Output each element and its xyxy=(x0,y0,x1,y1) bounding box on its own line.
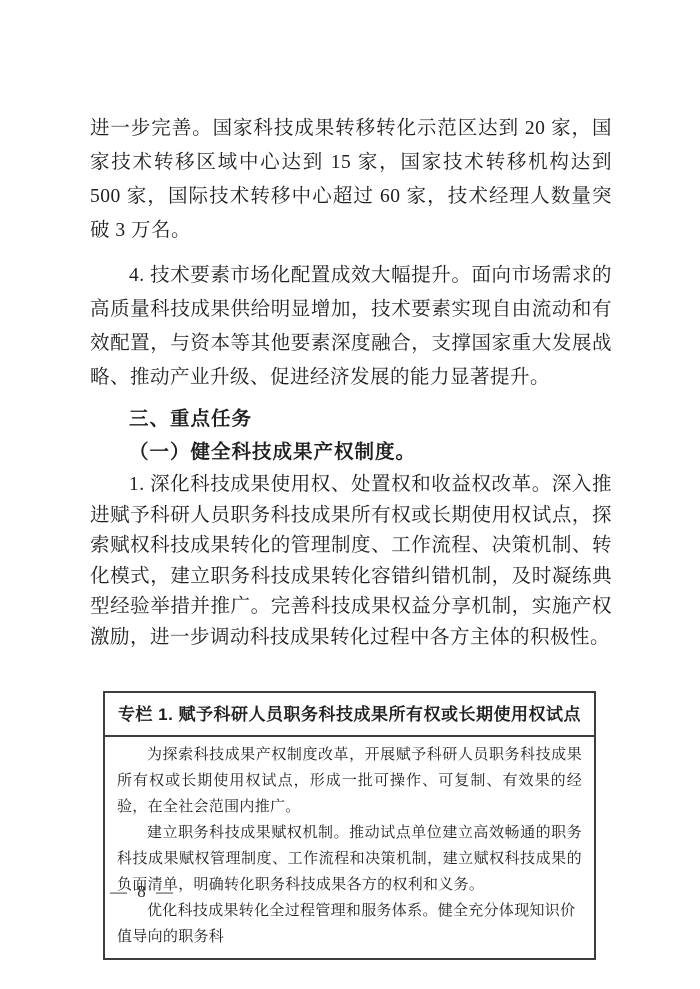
callout-paragraph: 优化科技成果转化全过程管理和服务体系。健全充分体现知识价值导向的职务科 xyxy=(117,898,582,950)
subsection-heading: （一）健全科技成果产权制度。 xyxy=(90,436,612,470)
document-body: 进一步完善。国家科技成果转移转化示范区达到 20 家，国家技术转移区域中心达到 … xyxy=(0,0,700,960)
callout-box-title: 专栏 1. 赋予科研人员职务科技成果所有权或长期使用权试点 xyxy=(105,693,594,737)
paragraph-item-1: 1. 深化科技成果使用权、处置权和收益权改革。深入推进赋予科研人员职务科技成果所… xyxy=(90,470,612,653)
section-heading: 三、重点任务 xyxy=(90,402,612,436)
paragraph-item-4: 4. 技术要素市场化配置成效大幅提升。面向市场需求的高质量科技成果供给明显增加，… xyxy=(90,259,612,395)
document-page: 进一步完善。国家科技成果转移转化示范区达到 20 家，国家技术转移区域中心达到 … xyxy=(0,0,700,989)
callout-paragraph: 建立职务科技成果赋权机制。推动试点单位建立高效畅通的职务科技成果赋权管理制度、工… xyxy=(117,820,582,898)
page-number: — 8 — xyxy=(110,882,176,902)
callout-paragraph: 为探索科技成果产权制度改革，开展赋予科研人员职务科技成果所有权或长期使用权试点，… xyxy=(117,742,582,820)
callout-box: 专栏 1. 赋予科研人员职务科技成果所有权或长期使用权试点 为探索科技成果产权制… xyxy=(103,691,596,960)
callout-box-body: 为探索科技成果产权制度改革，开展赋予科研人员职务科技成果所有权或长期使用权试点，… xyxy=(105,737,594,958)
paragraph-continuation: 进一步完善。国家科技成果转移转化示范区达到 20 家，国家技术转移区域中心达到 … xyxy=(90,112,612,248)
